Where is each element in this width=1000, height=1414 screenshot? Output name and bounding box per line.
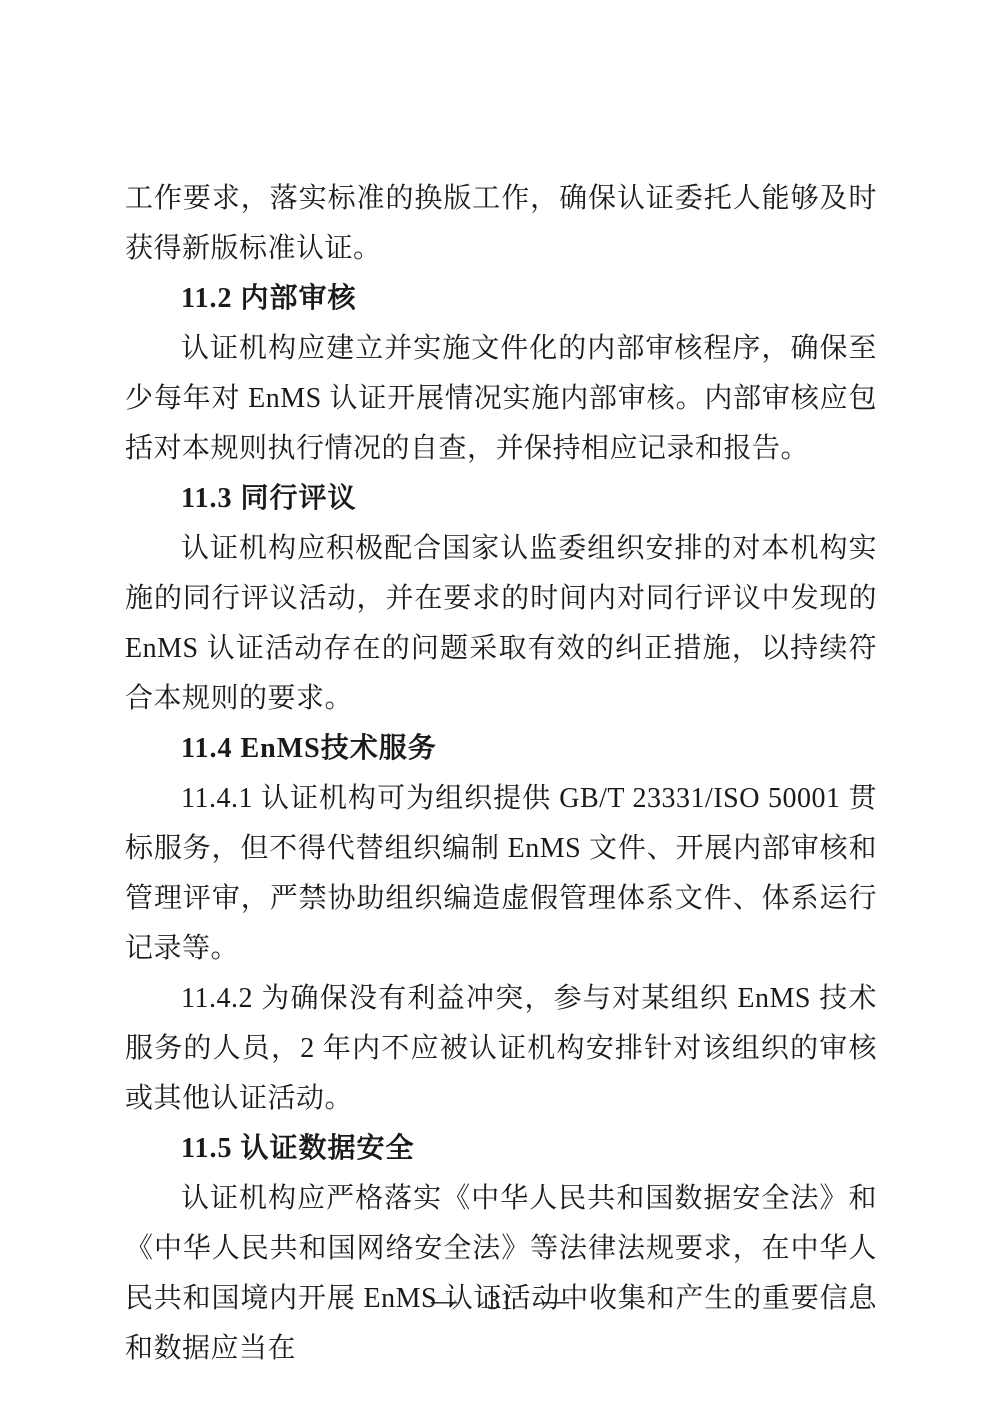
body-paragraph: 认证机构应建立并实施文件化的内部审核程序，确保至少每年对 EnMS 认证开展情况…	[125, 324, 877, 474]
document-body: 工作要求，落实标准的换版工作，确保认证委托人能够及时获得新版标准认证。11.2 …	[125, 174, 877, 1374]
page-footer: — 31 —	[0, 1284, 1000, 1318]
section-heading: 11.3 同行评议	[125, 474, 877, 524]
section-heading: 11.5 认证数据安全	[125, 1124, 877, 1174]
body-paragraph: 认证机构应严格落实《中华人民共和国数据安全法》和《中华人民共和国网络安全法》等法…	[125, 1174, 877, 1374]
page-number: 31	[487, 1284, 513, 1318]
body-paragraph: 工作要求，落实标准的换版工作，确保认证委托人能够及时获得新版标准认证。	[125, 174, 877, 274]
footer-dash-left: —	[431, 1284, 457, 1318]
section-heading: 11.2 内部审核	[125, 274, 877, 324]
body-paragraph: 11.4.1 认证机构可为组织提供 GB/T 23331/ISO 50001 贯…	[125, 774, 877, 974]
section-heading: 11.4 EnMS技术服务	[125, 724, 877, 774]
body-paragraph: 11.4.2 为确保没有利益冲突，参与对某组织 EnMS 技术服务的人员，2 年…	[125, 974, 877, 1124]
body-paragraph: 认证机构应积极配合国家认监委组织安排的对本机构实施的同行评议活动，并在要求的时间…	[125, 524, 877, 724]
footer-dash-right: —	[543, 1284, 569, 1318]
